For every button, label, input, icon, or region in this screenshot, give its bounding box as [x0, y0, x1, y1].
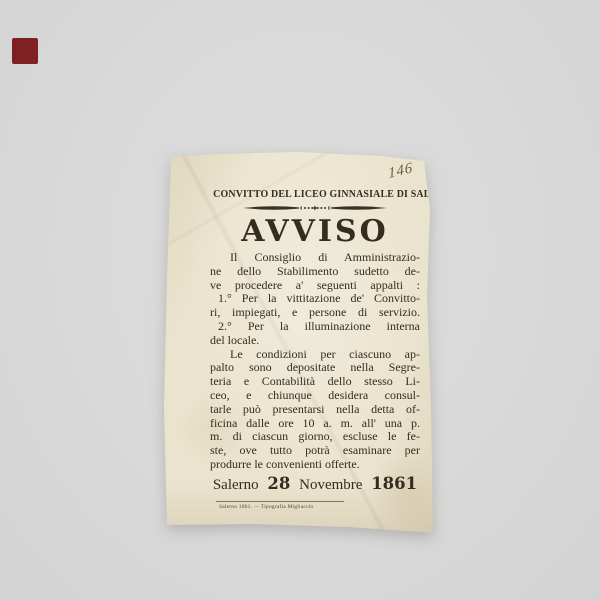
poster-header: CONVITTO DEL LICEO GINNASIALE DI SALERNO [213, 189, 417, 200]
body-line: ne dello Stabilimento sudetto de- [210, 265, 420, 279]
body-line: ve procedere a' seguenti appalti : [210, 279, 420, 293]
poster-sheet: 146 CONVITTO DEL LICEO GINNASIALE DI SAL… [158, 147, 440, 539]
body-line: ficina dalle ore 10 a. m. all' una p. [210, 417, 420, 431]
ornamental-divider-icon [242, 203, 388, 213]
date-month: Novembre [299, 477, 362, 493]
date-line: Salerno 28 Novembre 1861 [210, 474, 420, 495]
poster-body: Il Consiglio di Amministrazio- ne dello … [210, 251, 420, 472]
poster-content: CONVITTO DEL LICEO GINNASIALE DI SALERNO… [210, 147, 420, 510]
poster-paper: 146 CONVITTO DEL LICEO GINNASIALE DI SAL… [158, 147, 440, 539]
body-line: Le condizioni per ciascuno ap- [210, 348, 420, 362]
body-line: 2.° Per la illuminazione interna [210, 320, 420, 334]
date-day: 28 [267, 474, 290, 493]
body-line: palto sono depositate nella Segre- [210, 361, 420, 375]
date-city: Salerno [213, 477, 259, 493]
printer-imprint: Salerno 1861. — Tipografia Migliaccio [219, 504, 420, 510]
body-line: del locale. [210, 334, 420, 348]
body-line: ri, impiegati, e persone di servizio. [210, 306, 420, 320]
photo-background: 146 CONVITTO DEL LICEO GINNASIALE DI SAL… [0, 0, 600, 600]
body-line: produrre le convenienti offerte. [210, 458, 420, 472]
body-line: Il Consiglio di Amministrazio- [210, 251, 420, 265]
imprint-rule [216, 501, 344, 502]
poster-title: AVVISO [210, 215, 420, 249]
date-year: 1861 [371, 474, 417, 493]
body-line: teria e Contabilità dello stesso Li- [210, 375, 420, 389]
body-line: ste, ove tutto potrà esaminare per [210, 444, 420, 458]
body-line: ceo, e chiunque desidera consul- [210, 389, 420, 403]
body-line: m. di ciascun giorno, escluse le fe- [210, 430, 420, 444]
red-square-marker [12, 38, 38, 64]
body-line: 1.° Per la vittitazione de' Convitto- [210, 292, 420, 306]
body-line: tarle può presentarsi nella detta of- [210, 403, 420, 417]
